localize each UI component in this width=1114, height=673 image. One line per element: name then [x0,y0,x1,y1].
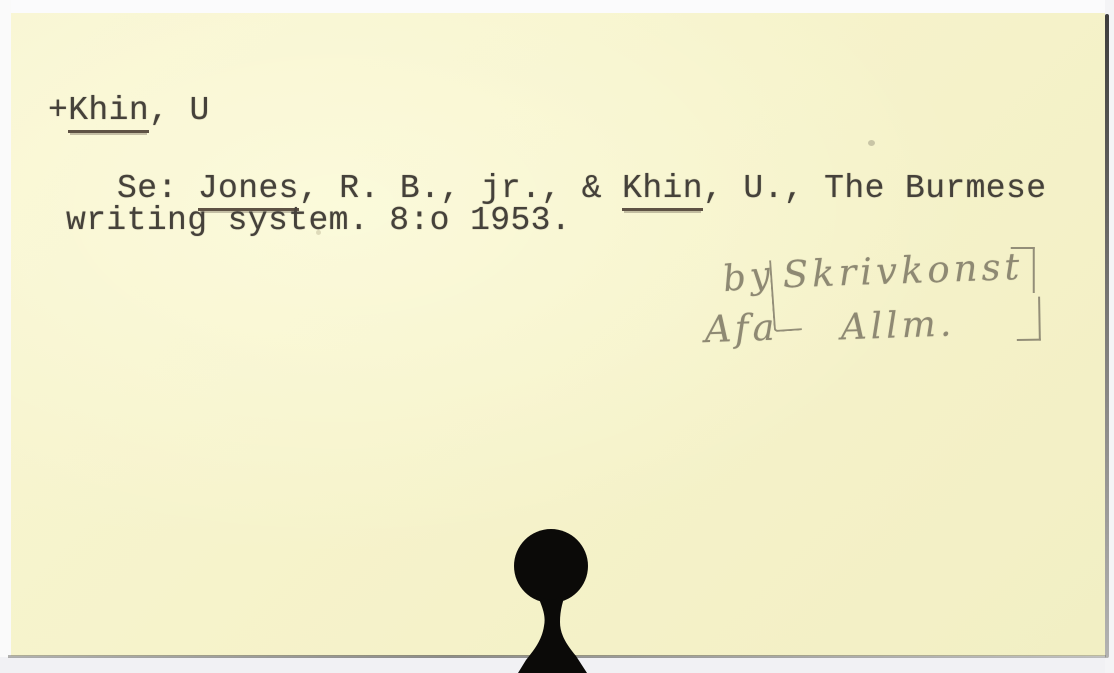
punch-hole [0,0,1114,673]
